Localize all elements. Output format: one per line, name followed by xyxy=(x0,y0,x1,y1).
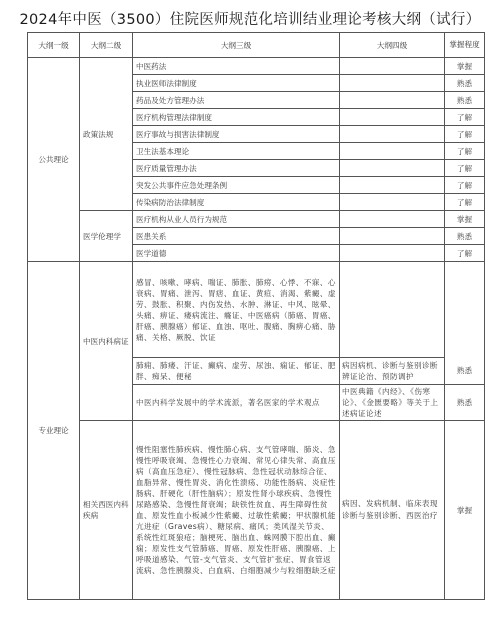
level4-cell xyxy=(340,75,445,92)
level3-cell: 突发公共事件应急处理条例 xyxy=(133,177,340,194)
level3-cell: 中医内科学发展中的学术流派，著名医家的学术观点 xyxy=(133,385,340,421)
level4-cell xyxy=(340,211,445,228)
table-header-row: 大纲一级 大纲二级 大纲三级 大纲四级 掌握程度 xyxy=(28,33,485,58)
level3-cell: 执业医师法律制度 xyxy=(133,75,340,92)
header-level1: 大纲一级 xyxy=(28,33,80,58)
mastery-cell: 了解 xyxy=(445,109,485,126)
level3-cell: 卫生法基本理论 xyxy=(133,143,340,160)
mastery-cell: 熟悉 xyxy=(445,228,485,245)
table-row: 公共理论 政策法规 中医药法 掌握 xyxy=(28,58,485,75)
level4-cell: 病因、发病机制、临床表现诊断与鉴别诊断、西医治疗 xyxy=(340,421,445,600)
mastery-cell: 掌握 xyxy=(445,211,485,228)
level1-cell: 公共理论 xyxy=(28,58,80,262)
level4-cell xyxy=(340,245,445,262)
level1-cell: 专业理论 xyxy=(28,262,80,600)
mastery-cell: 了解 xyxy=(445,177,485,194)
mastery-cell: 了解 xyxy=(445,126,485,143)
document-title: 2024年中医（3500）住院医师规范化培训结业理论考核大纲（试行） xyxy=(0,8,500,29)
level3-cell: 医疗机构管理法律制度 xyxy=(133,109,340,126)
level2-cell: 医学伦理学 xyxy=(80,211,133,262)
level3-cell: 药品及处方管理办法 xyxy=(133,92,340,109)
level3-cell: 传染病防治法律制度 xyxy=(133,194,340,211)
level3-cell: 医疗质量管理办法 xyxy=(133,160,340,177)
level4-cell xyxy=(340,228,445,245)
mastery-cell xyxy=(445,262,485,358)
mastery-cell: 熟悉 xyxy=(445,92,485,109)
level3-cell: 感冒、咳嗽、哮病、喘证、肺胀、肺痨、心悸、不寐、心衰病、胃痛、泄泻、胃痞、血证、… xyxy=(133,262,340,358)
level4-cell xyxy=(340,126,445,143)
level4-cell xyxy=(340,177,445,194)
level3-cell: 肺痈、肺痿、汗证、癫病、虚劳、尿浊、痫证、郁证、肥胖、痴呆、便秘 xyxy=(133,358,340,385)
table-row: 专业理论 中医内科病证 感冒、咳嗽、哮病、喘证、肺胀、肺痨、心悸、不寐、心衰病、… xyxy=(28,262,485,358)
mastery-cell: 了解 xyxy=(445,245,485,262)
mastery-cell: 掌握 xyxy=(445,421,485,600)
header-level4: 大纲四级 xyxy=(340,33,445,58)
level4-cell: 病因病机、诊断与鉴别诊断辨证论治、预防调护 xyxy=(340,358,445,385)
header-level2: 大纲二级 xyxy=(80,33,133,58)
header-level3: 大纲三级 xyxy=(133,33,340,58)
level4-cell xyxy=(340,109,445,126)
outline-table: 大纲一级 大纲二级 大纲三级 大纲四级 掌握程度 公共理论 政策法规 中医药法 … xyxy=(27,32,485,600)
level3-cell: 慢性阻塞性肺疾病、慢性肺心病、支气管哮喘、肺炎、急慢性呼吸衰竭、急慢性心力衰竭、… xyxy=(133,421,340,600)
mastery-cell: 掌握 xyxy=(445,58,485,75)
table-row: 相关西医内科疾病 慢性阻塞性肺疾病、慢性肺心病、支气管哮喘、肺炎、急慢性呼吸衰竭… xyxy=(28,421,485,600)
level2-cell: 相关西医内科疾病 xyxy=(80,421,133,600)
level4-cell xyxy=(340,160,445,177)
level4-cell xyxy=(340,194,445,211)
mastery-cell: 了解 xyxy=(445,143,485,160)
mastery-cell: 熟悉 xyxy=(445,75,485,92)
level3-cell: 医学道德 xyxy=(133,245,340,262)
level4-cell xyxy=(340,92,445,109)
level4-cell xyxy=(340,262,445,358)
mastery-cell: 了解 xyxy=(445,194,485,211)
level2-cell: 中医内科病证 xyxy=(80,262,133,421)
level3-cell: 中医药法 xyxy=(133,58,340,75)
level3-cell: 医疗事故与损害法律制度 xyxy=(133,126,340,143)
level4-cell: 中医典籍《内经》、《伤寒论》、《金匮要略》等关于上述病证论述 xyxy=(340,385,445,421)
level4-cell xyxy=(340,58,445,75)
header-mastery: 掌握程度 xyxy=(445,33,485,58)
mastery-cell: 了解 xyxy=(445,160,485,177)
table-row: 医学伦理学 医疗机构从业人员行为规范 掌握 xyxy=(28,211,485,228)
mastery-cell: 熟悉 xyxy=(445,385,485,421)
level3-cell: 医患关系 xyxy=(133,228,340,245)
mastery-cell: 熟悉 xyxy=(445,358,485,385)
level2-cell: 政策法规 xyxy=(80,58,133,211)
level4-cell xyxy=(340,143,445,160)
level3-cell: 医疗机构从业人员行为规范 xyxy=(133,211,340,228)
